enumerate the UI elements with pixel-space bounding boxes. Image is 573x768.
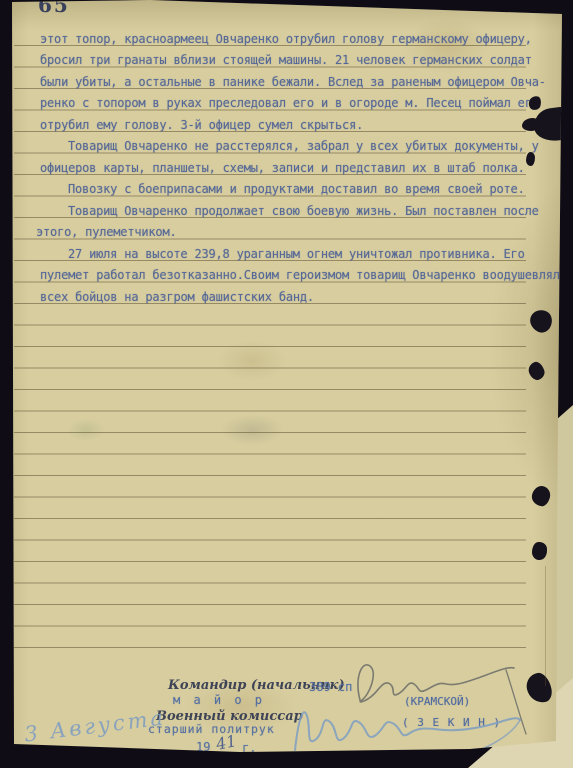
date-underline: [128, 752, 194, 753]
zekin-signature: [295, 712, 520, 750]
signatures-overlay: [0, 0, 573, 768]
ink-dot: [90, 757, 95, 762]
kramskoy-signature: [358, 665, 514, 702]
ink-blot: [532, 542, 547, 560]
ink-blot: [522, 118, 540, 131]
paper-crease: [545, 566, 546, 686]
kramskoy-signature-flourish: [506, 670, 526, 734]
scanned-document-photo: 65 этот топор, красноармеец Овчаренко от…: [0, 0, 573, 768]
document-page: 65 этот топор, красноармеец Овчаренко от…: [0, 0, 573, 768]
